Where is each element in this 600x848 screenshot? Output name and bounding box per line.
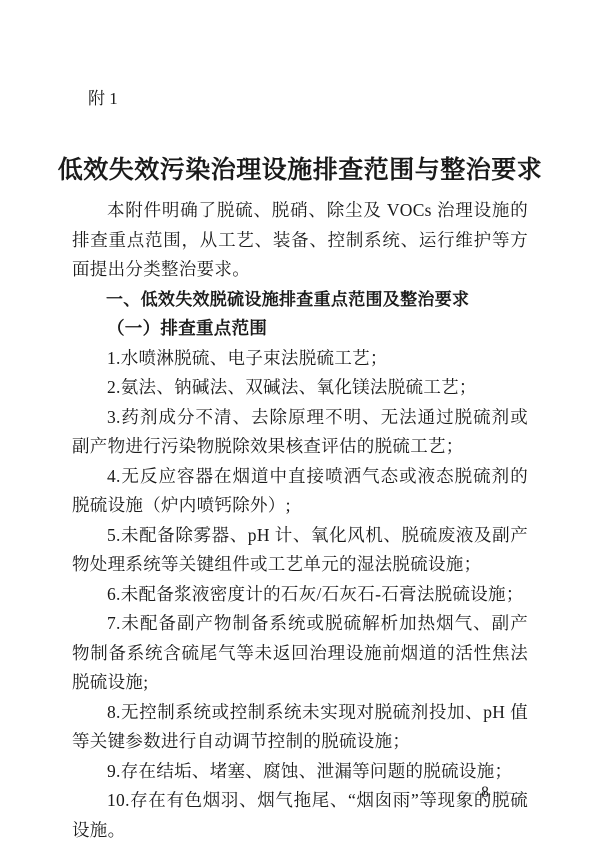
page-number-dash-left: — bbox=[452, 784, 482, 801]
list-item: 5.未配备除雾器、pH 计、氧化风机、脱硫废液及副产物处理系统等关键组件或工艺单… bbox=[72, 521, 528, 580]
subsection-heading: （一）排查重点范围 bbox=[72, 314, 528, 344]
attachment-label: 附 1 bbox=[88, 88, 118, 110]
list-item: 1.水喷淋脱硫、电子束法脱硫工艺； bbox=[72, 344, 528, 374]
document-title: 低效失效污染治理设施排查范围与整治要求 bbox=[40, 155, 560, 187]
list-item: 2.氨法、钠碱法、双碱法、氧化镁法脱硫工艺； bbox=[72, 373, 528, 403]
list-item: 3.药剂成分不清、去除原理不明、无法通过脱硫剂或副产物进行污染物脱除效果核查评估… bbox=[72, 403, 528, 462]
document-body: 本附件明确了脱硫、脱硝、除尘及 VOCs 治理设施的排查重点范围，从工艺、装备、… bbox=[72, 196, 528, 845]
list-item: 9.存在结垢、堵塞、腐蚀、泄漏等问题的脱硫设施； bbox=[72, 757, 528, 787]
page-number-dash-right: — bbox=[489, 784, 519, 801]
page-number: —8— bbox=[430, 784, 540, 802]
page-number-value: 8 bbox=[481, 784, 489, 801]
list-item: 6.未配备浆液密度计的石灰/石灰石-石膏法脱硫设施； bbox=[72, 580, 528, 610]
list-item: 8.无控制系统或控制系统未实现对脱硫剂投加、pH 值等关键参数进行自动调节控制的… bbox=[72, 698, 528, 757]
list-item: 7.未配备副产物制备系统或脱硫解析加热烟气、副产物制备系统含硫尾气等未返回治理设… bbox=[72, 609, 528, 698]
document-page: 附 1 低效失效污染治理设施排查范围与整治要求 本附件明确了脱硫、脱硝、除尘及 … bbox=[0, 0, 600, 848]
intro-paragraph: 本附件明确了脱硫、脱硝、除尘及 VOCs 治理设施的排查重点范围，从工艺、装备、… bbox=[72, 196, 528, 285]
section-heading: 一、低效失效脱硫设施排查重点范围及整治要求 bbox=[72, 285, 528, 315]
list-item: 4.无反应容器在烟道中直接喷洒气态或液态脱硫剂的脱硫设施（炉内喷钙除外）; bbox=[72, 462, 528, 521]
